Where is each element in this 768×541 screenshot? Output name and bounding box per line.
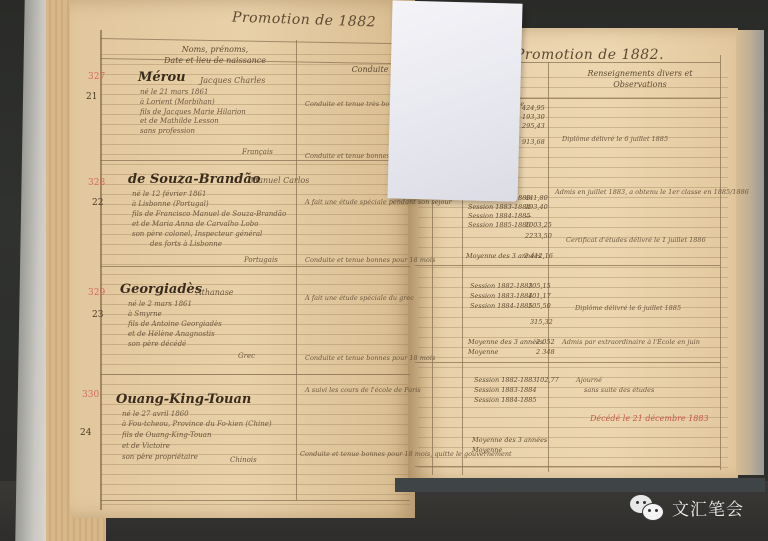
average-label: Moyenne des 3 années: [468, 338, 543, 346]
deceased-remark: Décédé le 21 décembre 1883: [590, 414, 709, 423]
entry-detail: des forts à Lisbonne: [150, 240, 222, 248]
figure: —: [525, 212, 532, 220]
entry-nationality: Grec: [238, 352, 255, 360]
bubble-eye: [655, 509, 658, 512]
names-header-line: Noms, prénoms,: [140, 44, 290, 55]
average-value: 2 052: [536, 338, 555, 346]
entry-detail: et de Mathilde Lesson: [140, 117, 219, 125]
names-column-header: Noms, prénoms, Date et lieu de naissance: [140, 44, 290, 66]
column-rule: [296, 40, 297, 500]
entry-number: 22: [92, 198, 103, 208]
bubble-eye: [648, 509, 651, 512]
remark: Diplôme délivré le 6 juillet 1885: [575, 304, 681, 312]
bubble-eye: [636, 501, 639, 504]
entry-number: 23: [92, 310, 103, 320]
average-label: Moyenne des 3 années: [472, 436, 547, 444]
remark: Admis par extraordinaire à l'École en ju…: [562, 338, 700, 346]
entry-detail: à Lisbonne (Portugal): [132, 200, 209, 208]
entry-detail: fils de Francisco Manuel de Souza-Brandã…: [132, 210, 286, 218]
session-label: Session 1882-1883: [470, 282, 533, 290]
session-label: Session 1883-1884: [470, 292, 533, 300]
watermark-text: 文汇笔会: [672, 495, 744, 520]
session-label: Session 1884-1885: [468, 212, 531, 220]
row-divider: [415, 362, 720, 363]
average-value: 2 348: [536, 348, 555, 356]
figure: 193,40: [525, 203, 548, 211]
session-label: Session 1882-1883: [474, 376, 537, 384]
entry-given-names: Athanase: [196, 288, 234, 297]
row-divider: [100, 500, 410, 501]
remark: Certificat d'études délivré le 1 juillet…: [566, 236, 706, 244]
row-divider: [415, 265, 720, 266]
remark: Admis en juillet 1883, a obtenu le 1er c…: [555, 188, 749, 196]
entry-detail: son père colonel, Inspecteur général: [132, 230, 262, 238]
margin-rule: [100, 30, 102, 510]
entry-detail: et de Victoire: [122, 442, 170, 450]
entry-detail: né le 12 février 1861: [132, 190, 206, 198]
row-divider: [415, 466, 720, 467]
total: 315,32: [530, 318, 553, 326]
entry-detail: né le 21 mars 1861: [140, 88, 208, 96]
entry-detail: son père décédé: [128, 340, 186, 348]
wechat-icon: [630, 493, 666, 521]
figure: 105,50: [528, 302, 551, 310]
remark: sans suite des études: [584, 386, 654, 394]
figure: 101,17: [528, 292, 551, 300]
right-page-title: Promotion de 1882.: [515, 47, 664, 63]
red-margin-number: 329: [88, 288, 105, 298]
entry-detail: né le 2 mars 1861: [128, 300, 192, 308]
remarks-column-header: Renseignements divers et Observations: [570, 68, 710, 90]
figure: 102,77: [536, 376, 559, 384]
column-rule: [432, 200, 433, 475]
column-rule: [548, 62, 549, 472]
entry-nationality: Français: [242, 148, 273, 156]
entry-number: 24: [80, 428, 91, 438]
entry-nationality: Portugais: [244, 256, 278, 264]
paper-slip: [387, 0, 522, 201]
session-label: Session 1883-1884: [468, 203, 531, 211]
column-rule: [462, 200, 463, 475]
red-margin-number: 327: [88, 72, 105, 82]
bubble-eye: [643, 501, 646, 504]
remark: Ajourné: [576, 376, 602, 384]
entry-detail: à Smyrne: [128, 310, 162, 318]
red-margin-number: 330: [82, 390, 99, 400]
red-margin-number: 328: [88, 178, 105, 188]
entry-detail: et de Hélène Anagnostis: [128, 330, 215, 338]
conduct-note: Conduite et tenue bonnes pour 18 mois: [305, 354, 435, 362]
average-label: Moyenne: [468, 348, 498, 356]
entry-detail: à Fou-tcheou, Province du Fo-kien (Chine…: [122, 420, 272, 428]
entry-number: 21: [86, 92, 97, 102]
names-header-subline: Date et lieu de naissance: [140, 55, 290, 66]
row-divider: [100, 266, 410, 267]
average-label: Moyenne: [472, 446, 502, 454]
conduct-note: Conduite et tenue bonnes pour 18 mois: [305, 256, 435, 264]
entry-given-names: Jacques Charles: [200, 76, 265, 85]
conduct-note: A fait une étude spéciale du grec: [305, 294, 414, 302]
session-label: Session 1884-1885: [474, 396, 537, 404]
chat-bubble-icon: [642, 503, 664, 521]
column-rule: [720, 55, 721, 470]
figure: 424,95: [522, 104, 545, 112]
total: 2233,50: [525, 232, 552, 240]
entry-detail: né le 27 avril 1860: [122, 410, 189, 418]
entry-detail: sans profession: [140, 127, 195, 135]
entry-detail: fils de Jacques Marie Hilarion: [140, 108, 246, 116]
figure: 1003,25: [525, 221, 552, 229]
entry-nationality: Chinois: [230, 456, 257, 464]
session-label: Session 1883-1884: [474, 386, 537, 394]
session-label: Session 1884-1885: [470, 302, 533, 310]
entry-surname: Mérou: [138, 70, 186, 85]
row-divider: [100, 160, 410, 161]
entry-detail: à Lorient (Morbihan): [140, 98, 215, 106]
watermark: 文汇笔会: [630, 493, 744, 521]
figure: 441,80: [525, 194, 548, 202]
figure: 295,43: [522, 122, 545, 130]
entry-surname: Ouang-King-Touan: [116, 392, 251, 407]
entry-surname: Georgiadès: [120, 282, 202, 297]
session-label: Session 1885-1886: [468, 221, 531, 229]
entry-detail: fils de Antoine Georgiadès: [128, 320, 222, 328]
book-cover-right: [736, 30, 764, 475]
average-value: 2 412,16: [524, 252, 553, 260]
conduct-note: A suivi les cours de l'école de Paris: [305, 386, 421, 394]
header-rule: [515, 98, 720, 99]
entry-detail: et de Maria Anna de Carvalho Lobo: [132, 220, 258, 228]
entry-surname: de Souza-Brandão: [128, 172, 261, 187]
entry-detail: fils de Ouang-King-Touan: [122, 431, 211, 439]
figure: 913,68: [522, 138, 545, 146]
figure: 193,30: [522, 113, 545, 121]
figure: 105,15: [528, 282, 551, 290]
entry-detail: son père propriétaire: [122, 453, 198, 461]
entry-given-names: Manuel Carlos: [250, 176, 309, 185]
row-divider: [100, 374, 410, 375]
book-cover-bottom: [395, 478, 765, 492]
remark: Diplôme délivré le 6 juillet 1885: [562, 135, 668, 143]
